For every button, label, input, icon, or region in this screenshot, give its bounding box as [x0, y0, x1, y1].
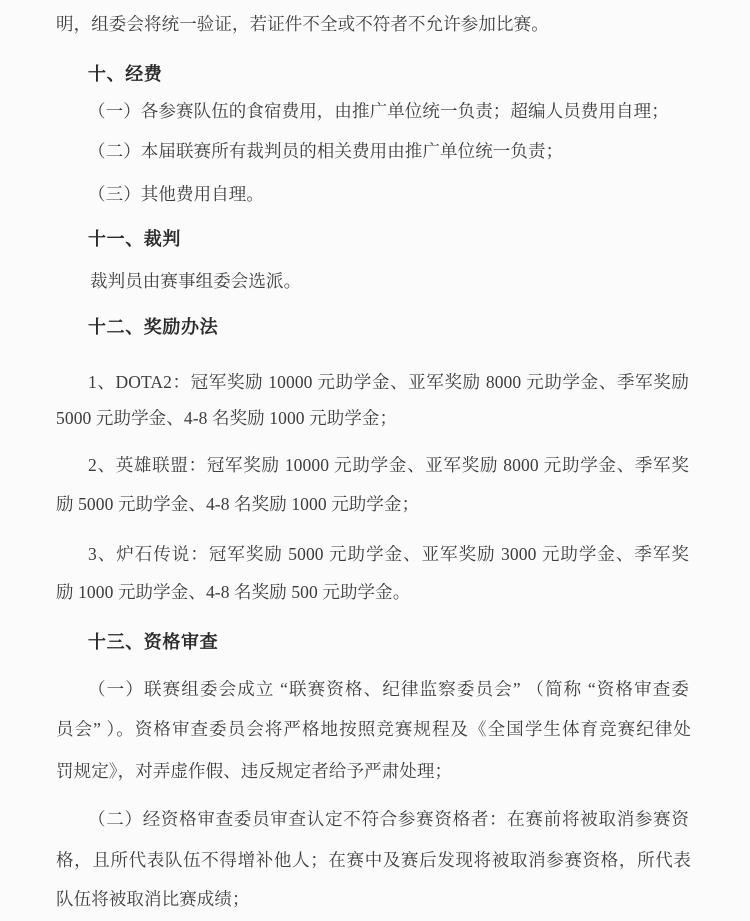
para-reward-hearthstone-line-2: 励 1000 元助学金、4-8 名奖励 500 元助学金。 [56, 581, 410, 603]
para-reward-dota2-line-2: 5000 元助学金、4-8 名奖励 1000 元助学金； [56, 407, 397, 429]
para-eligibility-item-1-line-2: 员会” ）。资格审查委员会将严格地按照竞赛规程及《全国学生体育竞赛纪律处 [56, 718, 691, 740]
para-eligibility-item-2-line-1: （二）经资格审查委员审查认定不符合参赛资格者：在赛前将被取消参赛资 [88, 808, 689, 830]
heading-section-10-funding: 十、经费 [88, 63, 162, 85]
para-eligibility-item-1-line-1: （一）联赛组委会成立 “联赛资格、纪律监察委员会” （简称 “资格审查委 [88, 678, 689, 700]
para-referee-selection: 裁判员由赛事组委会选派。 [90, 270, 301, 292]
para-eligibility-item-2-line-2: 格，且所代表队伍不得增补他人；在赛中及赛后发现将被取消参赛资格，所代表 [56, 849, 691, 871]
para-funding-item-1: （一）各参赛队伍的食宿费用，由推广单位统一负责；超编人员费用自理； [88, 100, 669, 122]
heading-section-13-eligibility: 十三、资格审查 [88, 631, 218, 653]
heading-section-11-referee: 十一、裁判 [88, 228, 181, 250]
para-verification-continuation-line: 明，组委会将统一验证，若证件不全或不符者不允许参加比赛。 [56, 13, 549, 35]
para-reward-lol-line-1: 2、英雄联盟：冠军奖励 10000 元助学金、亚军奖励 8000 元助学金、季军… [88, 454, 689, 476]
document-page: 明，组委会将统一验证，若证件不全或不符者不允许参加比赛。 十、经费 （一）各参赛… [0, 0, 750, 921]
para-reward-dota2-line-1: 1、DOTA2：冠军奖励 10000 元助学金、亚军奖励 8000 元助学金、季… [88, 371, 689, 393]
para-eligibility-item-1-line-3: 罚规定》，对弄虚作假、违反规定者给予严肃处理； [56, 760, 452, 782]
para-reward-lol-line-2: 励 5000 元助学金、4-8 名奖励 1000 元助学金； [56, 493, 419, 515]
para-funding-item-3: （三）其他费用自理。 [88, 183, 264, 205]
para-funding-item-2: （二）本届联赛所有裁判员的相关费用由推广单位统一负责； [88, 140, 563, 162]
para-eligibility-item-2-line-3: 队伍将被取消比赛成绩； [56, 888, 250, 910]
para-reward-hearthstone-line-1: 3、炉石传说：冠军奖励 5000 元助学金、亚军奖励 3000 元助学金、季军奖 [88, 543, 689, 565]
heading-section-12-rewards: 十二、奖励办法 [88, 316, 218, 338]
